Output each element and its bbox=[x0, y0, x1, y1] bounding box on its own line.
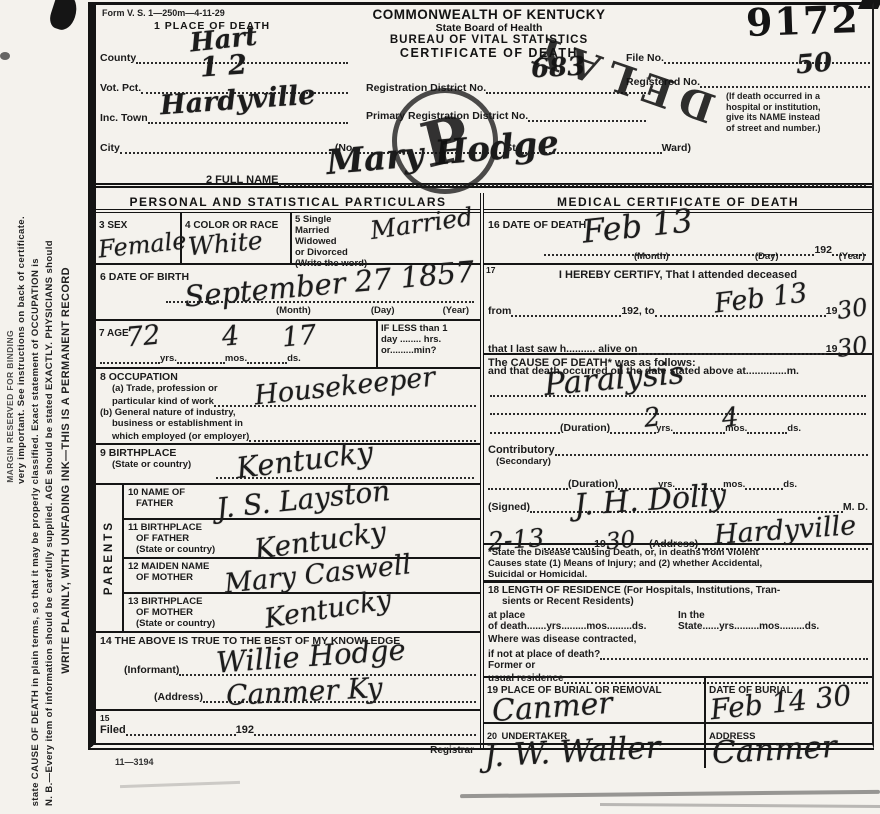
former-label: Former or bbox=[488, 660, 868, 671]
parents-rows: 10 NAME OF FATHER J. S. Layston 11 BIRTH… bbox=[124, 485, 480, 631]
columns: PERSONAL AND STATISTICAL PARTICULARS 3 S… bbox=[96, 193, 872, 750]
father-name-row: 10 NAME OF FATHER J. S. Layston bbox=[124, 485, 480, 520]
filed-year-blank bbox=[254, 723, 476, 736]
residence-duration-line: at place of death.......yrs.........mos.… bbox=[488, 610, 868, 632]
board-title: State Board of Health bbox=[344, 22, 634, 34]
filed-number: 15 bbox=[100, 713, 476, 723]
registrar-label: Registrar bbox=[430, 745, 474, 756]
certify-lead: I HEREBY CERTIFY, That I attended deceas… bbox=[488, 269, 868, 281]
scan-streak bbox=[600, 803, 880, 808]
sign-date-value: 2-13 bbox=[487, 523, 545, 556]
duration-ds-blank bbox=[747, 421, 787, 434]
secondary-label: (Secondary) bbox=[496, 456, 868, 467]
ward-label: Ward) bbox=[662, 142, 691, 154]
signature-block: (Duration) yrs. mos. ds. (Signed) M. D. … bbox=[484, 475, 872, 545]
residence-label1: 18 LENGTH OF RESIDENCE (For Hospitals, I… bbox=[488, 585, 868, 596]
inc-town-line: Inc. Town Hardyville bbox=[100, 111, 348, 124]
last-saw-blank bbox=[637, 342, 825, 355]
duration2-lead-blank bbox=[488, 477, 568, 490]
dod-day-caption: (Day) bbox=[755, 251, 779, 262]
dob-day-caption: (Day) bbox=[371, 305, 395, 316]
undertaker-address-value: Canmer bbox=[711, 729, 837, 771]
undertaker-row: 20 UNDERTAKER J. W. Waller ADDRESS Canme… bbox=[484, 724, 872, 768]
commonwealth-title: COMMONWEALTH OF KENTUCKY bbox=[344, 7, 634, 22]
undertaker-cell: 20 UNDERTAKER J. W. Waller bbox=[484, 724, 706, 768]
occupation-b-line2: business or establishment in bbox=[112, 418, 476, 429]
date-of-birth-row: 6 DATE OF BIRTH September 27 1857 (Month… bbox=[96, 265, 480, 321]
residence-in-state: In the State......yrs.........mos.......… bbox=[678, 610, 868, 632]
sex-cell: 3 SEX Female bbox=[96, 213, 182, 263]
footnote-line1: *State the Disease Causing Death, or, in… bbox=[488, 547, 868, 558]
mother-maiden-row: 12 MAIDEN NAME OF MOTHER Mary Caswell bbox=[124, 559, 480, 594]
last-saw-year-handwritten: 30 bbox=[836, 331, 870, 363]
color-cell: 4 COLOR OR RACE White bbox=[182, 213, 292, 263]
age-yrs-caption: yrs. bbox=[160, 353, 177, 364]
duration-mos-value: 4 bbox=[720, 402, 740, 434]
county-label: County bbox=[100, 52, 136, 64]
father-birthplace-row: 11 BIRTHPLACE OF FATHER (State or countr… bbox=[124, 520, 480, 559]
hospital-instruction-note: (If death occurred in a hospital or inst… bbox=[726, 91, 872, 133]
duration-ds-caption: ds. bbox=[787, 423, 801, 434]
date-of-death-row: 16 DATE OF DEATH Feb 13 192 (Month) (Day… bbox=[484, 213, 872, 265]
parents-label: PARENTS bbox=[103, 520, 115, 595]
age-ds-blank bbox=[247, 351, 287, 364]
in-state-label1: In the bbox=[678, 610, 868, 621]
duration-yrs-value: 2 bbox=[642, 402, 662, 434]
plate-number: 11—3194 bbox=[115, 757, 154, 767]
dob-label: 6 DATE OF BIRTH bbox=[100, 271, 189, 283]
from-blank bbox=[511, 304, 621, 317]
primary-district-blank bbox=[528, 109, 646, 122]
burial-date-cell: DATE OF BURIAL Feb 14 30 bbox=[706, 678, 872, 722]
age-mos-blank bbox=[177, 351, 225, 364]
occupation-b-line3: which employed (or employer) bbox=[112, 429, 476, 442]
color-value: White bbox=[187, 226, 264, 261]
personal-column: PERSONAL AND STATISTICAL PARTICULARS 3 S… bbox=[96, 193, 484, 750]
margin-nb-note-line3: very important. See instructions on back… bbox=[16, 216, 27, 484]
duration-lead-blank bbox=[490, 421, 560, 434]
if-not-label: if not at place of death? bbox=[488, 649, 600, 660]
scanned-certificate-page: MARGIN RESERVED FOR BINDING WRITE PLAINL… bbox=[0, 0, 880, 814]
to-label: , to bbox=[639, 305, 655, 317]
signed-label: (Signed) bbox=[488, 501, 530, 513]
scan-ink-dot bbox=[0, 52, 10, 60]
occupation-a-label: particular kind of work bbox=[112, 396, 214, 407]
undertaker-address-cell: ADDRESS Canmer bbox=[706, 724, 872, 768]
contributory-blank bbox=[555, 443, 868, 456]
hospital-note-line: hospital or institution, bbox=[726, 102, 872, 113]
birthplace-row: 9 BIRTHPLACE (State or country) Kentucky bbox=[96, 445, 480, 485]
dob-month-caption: (Month) bbox=[276, 305, 311, 316]
margin-nb-note-line1: N. B.—Every item of information should b… bbox=[44, 240, 55, 806]
at-place-label1: at place bbox=[488, 610, 678, 621]
certify-block: 17 I HEREBY CERTIFY, That I attended dec… bbox=[484, 265, 872, 355]
registered-no-value: 50 bbox=[795, 47, 834, 80]
full-name-label: 2 FULL NAME bbox=[206, 174, 279, 186]
dod-year-caption: (Year) bbox=[839, 251, 865, 262]
last-saw-label: that I last saw h.......... alive on bbox=[488, 343, 637, 355]
if-not-line: if not at place of death? bbox=[488, 647, 868, 660]
certify-number: 17 bbox=[486, 265, 495, 275]
age-mos-value: 4 bbox=[221, 320, 241, 352]
duration2-ds-blank bbox=[745, 477, 783, 490]
if-less-line3: or.........min? bbox=[381, 345, 477, 356]
if-less-line2: day ........ hrs. bbox=[381, 334, 477, 345]
occupation-row: 8 OCCUPATION (a) Trade, profession or pa… bbox=[96, 369, 480, 445]
burial-place-value: Canmer bbox=[491, 686, 614, 729]
duration2-ds-caption: ds. bbox=[783, 479, 797, 490]
cause-blank2 bbox=[490, 413, 866, 415]
p-stamp-letter: P bbox=[414, 100, 477, 182]
vot-pct-value: 1 2 bbox=[199, 49, 248, 83]
age-ds-value: 17 bbox=[281, 320, 318, 354]
contributory-line: Contributory bbox=[488, 443, 868, 456]
mother-birthplace-row: 13 BIRTHPLACE OF MOTHER (State or countr… bbox=[124, 594, 480, 631]
full-name-line: 2 FULL NAME Mary Hodge bbox=[206, 173, 866, 186]
occupation-b-line1: (b) General nature of industry, bbox=[100, 407, 476, 418]
file-no-line: File No. bbox=[626, 51, 870, 64]
residence-label2: sients or Recent Residents) bbox=[502, 596, 868, 607]
dod-label: 16 DATE OF DEATH bbox=[488, 219, 586, 231]
where-contracted-label: Where was disease contracted, bbox=[488, 634, 868, 645]
duration-line: (Duration) yrs. mos. ds. bbox=[490, 421, 866, 434]
footnote-line3: Suicidal or Homicidal. bbox=[488, 569, 868, 580]
contributory-label: Contributory bbox=[488, 444, 555, 456]
if-not-blank bbox=[600, 647, 868, 660]
residence-at-place: at place of death.......yrs.........mos.… bbox=[488, 610, 678, 632]
in-state-label2: State......yrs.........mos.........ds. bbox=[678, 621, 868, 632]
informant-address-label: (Address) bbox=[154, 691, 203, 703]
duration-label: (Duration) bbox=[560, 422, 610, 434]
informant-block: 14 THE ABOVE IS TRUE TO THE BEST OF MY K… bbox=[96, 633, 480, 711]
sign-year-handwritten: 30 bbox=[605, 527, 637, 556]
sex-label: 3 SEX bbox=[99, 220, 127, 231]
margin-nb-note-line2: state CAUSE OF DEATH in plain terms, so … bbox=[30, 258, 41, 806]
filed-row: 15 Filed 192 Registrar bbox=[96, 711, 480, 758]
informant-address-value: Canmer Ky bbox=[225, 671, 383, 712]
if-less-cell: IF LESS than 1 day ........ hrs. or.....… bbox=[376, 321, 480, 367]
city-label: City bbox=[100, 142, 120, 154]
age-ds-caption: ds. bbox=[287, 353, 301, 364]
at-place-label2: of death.......yrs.........mos.........d… bbox=[488, 621, 678, 632]
age-units-line: yrs. mos. ds. bbox=[100, 351, 372, 364]
to-year-handwritten: 30 bbox=[836, 293, 870, 325]
filed-year-prefix: 192 bbox=[236, 724, 254, 736]
age-label: 7 AGE bbox=[99, 328, 129, 339]
form-number: Form V. S. 1—250m—4-11-29 bbox=[102, 8, 225, 18]
filed-date-blank bbox=[126, 723, 236, 736]
duration2-mos-caption: mos. bbox=[723, 479, 745, 490]
from-label: from bbox=[488, 305, 511, 317]
scan-ink-blob bbox=[47, 0, 81, 33]
scan-streak bbox=[460, 790, 880, 798]
age-mos-caption: mos. bbox=[225, 353, 247, 364]
scan-streak bbox=[120, 781, 240, 788]
medical-column: MEDICAL CERTIFICATE OF DEATH 16 DATE OF … bbox=[484, 193, 872, 750]
vot-pct-label: Vot. Pct. bbox=[100, 82, 141, 94]
filed-line: Filed 192 bbox=[100, 723, 476, 736]
sex-value: Female bbox=[97, 226, 188, 263]
dod-captions: (Month) (Day) (Year) bbox=[544, 251, 866, 262]
burial-row: 19 PLACE OF BURIAL OR REMOVAL Canmer DAT… bbox=[484, 678, 872, 724]
age-cell: 7 AGE yrs. mos. ds. 72 4 17 bbox=[96, 321, 376, 367]
cause-of-death-block: The CAUSE OF DEATH* was as follows: Para… bbox=[484, 355, 872, 441]
informant-label: (Informant) bbox=[124, 664, 179, 676]
last-saw-line: that I last saw h.......... alive on 19 … bbox=[488, 327, 868, 355]
age-yrs-value: 72 bbox=[125, 320, 162, 354]
if-less-line1: IF LESS than 1 bbox=[381, 323, 477, 334]
registered-no-blank bbox=[700, 75, 870, 88]
parents-block: PARENTS 10 NAME OF FATHER J. S. Layston … bbox=[96, 485, 480, 633]
contributory-block: Contributory (Secondary) bbox=[484, 441, 872, 475]
certify-from-line: from 192 , to 19 30 bbox=[488, 289, 868, 317]
from-year: 192 bbox=[621, 305, 639, 317]
hospital-note-line: (If death occurred in a bbox=[726, 91, 872, 102]
parents-strip: PARENTS bbox=[96, 485, 124, 631]
filed-label: Filed bbox=[100, 724, 126, 736]
dod-month-caption: (Month) bbox=[634, 251, 669, 262]
margin-binding-note: MARGIN RESERVED FOR BINDING bbox=[5, 330, 15, 483]
duration-mos-blank bbox=[673, 421, 725, 434]
burial-place-cell: 19 PLACE OF BURIAL OR REMOVAL Canmer bbox=[484, 678, 706, 722]
occupation-b-label: which employed (or employer) bbox=[112, 431, 249, 442]
dob-year-caption: (Year) bbox=[443, 305, 469, 316]
file-no-blank bbox=[664, 51, 870, 64]
sex-color-marital-row: 3 SEX Female 4 COLOR OR RACE White 5 Sin… bbox=[96, 213, 480, 265]
hospital-note-line: of street and number.) bbox=[726, 123, 872, 134]
city-blank bbox=[120, 141, 335, 154]
p-circle-stamp: P bbox=[392, 88, 498, 194]
residence-block: 18 LENGTH OF RESIDENCE (For Hospitals, I… bbox=[484, 583, 872, 678]
footnote-line2: Causes state (1) Means of Injury; and (2… bbox=[488, 558, 868, 569]
hospital-note-line: give its NAME instead bbox=[726, 112, 872, 123]
margin-write-plainly-note: WRITE PLAINLY, WITH UNFADING INK—THIS IS… bbox=[60, 267, 72, 674]
inc-town-label: Inc. Town bbox=[100, 112, 148, 124]
